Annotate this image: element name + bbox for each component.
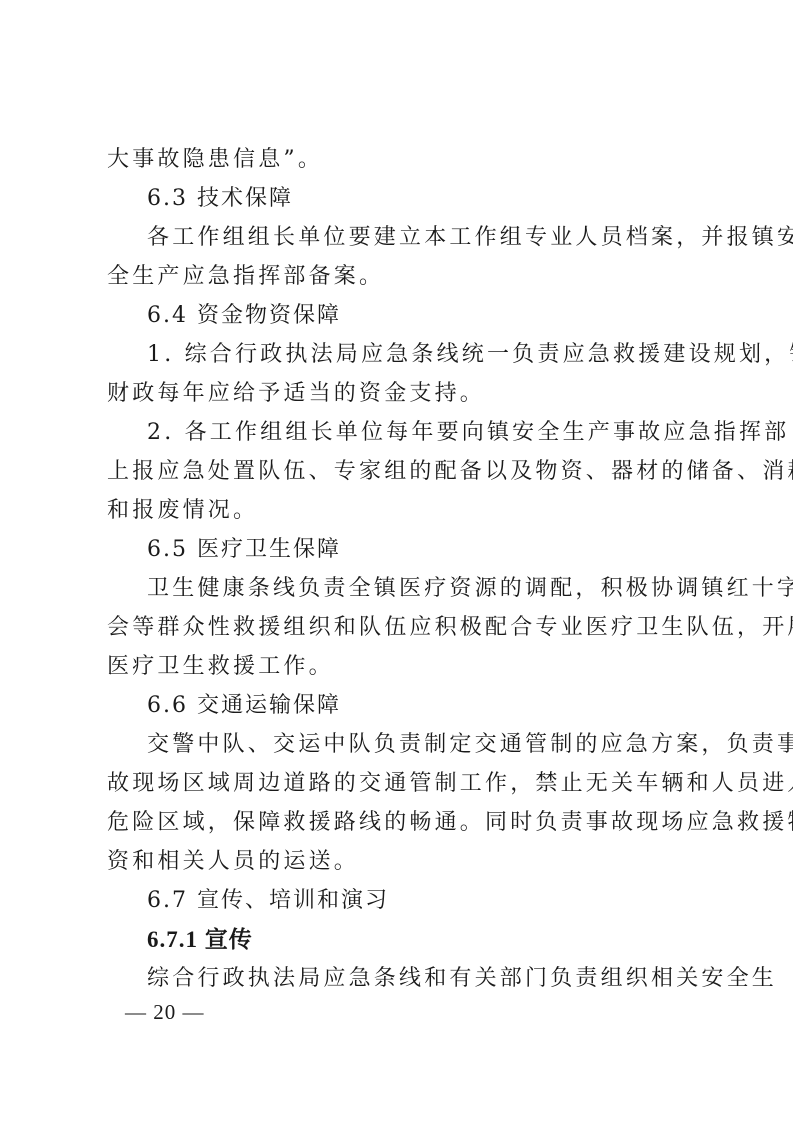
body-line: 大事故隐患信息”。: [107, 145, 707, 175]
body-line: 故现场区域周边道路的交通管制工作，禁止无关车辆和人员进入: [107, 769, 707, 799]
section-heading-6-7: 6.7 宣传、培训和演习: [147, 886, 747, 916]
section-heading-6-4: 6.4 资金物资保障: [147, 301, 747, 331]
body-line: 危险区域，保障救援路线的畅通。同时负责事故现场应急救援物: [107, 808, 707, 838]
body-line: 财政每年应给予适当的资金支持。: [107, 379, 707, 409]
document-page: 大事故隐患信息”。 6.3 技术保障 各工作组组长单位要建立本工作组专业人员档案…: [0, 0, 793, 1122]
body-line: 全生产应急指挥部备案。: [107, 262, 707, 292]
page-number: — 20 —: [125, 1000, 205, 1025]
section-heading-6-6: 6.6 交通运输保障: [147, 691, 747, 721]
body-line: 医疗卫生救援工作。: [107, 652, 707, 682]
body-line: 会等群众性救援组织和队伍应积极配合专业医疗卫生队伍，开展: [107, 613, 707, 643]
body-line: 卫生健康条线负责全镇医疗资源的调配，积极协调镇红十字: [147, 574, 747, 604]
body-line: 交警中队、交运中队负责制定交通管制的应急方案，负责事: [147, 730, 747, 760]
body-line: 1. 综合行政执法局应急条线统一负责应急救援建设规划，镇: [147, 340, 747, 370]
body-line: 2. 各工作组组长单位每年要向镇安全生产事故应急指挥部: [147, 418, 747, 448]
subsection-heading-6-7-1: 6.7.1 宣传: [147, 925, 747, 955]
section-heading-6-3: 6.3 技术保障: [147, 184, 747, 214]
body-line: 综合行政执法局应急条线和有关部门负责组织相关安全生: [147, 964, 747, 994]
section-heading-6-5: 6.5 医疗卫生保障: [147, 535, 747, 565]
body-line: 各工作组组长单位要建立本工作组专业人员档案，并报镇安: [147, 223, 747, 253]
body-line: 资和相关人员的运送。: [107, 847, 707, 877]
body-line: 和报废情况。: [107, 496, 707, 526]
body-line: 上报应急处置队伍、专家组的配备以及物资、器材的储备、消耗: [107, 457, 707, 487]
